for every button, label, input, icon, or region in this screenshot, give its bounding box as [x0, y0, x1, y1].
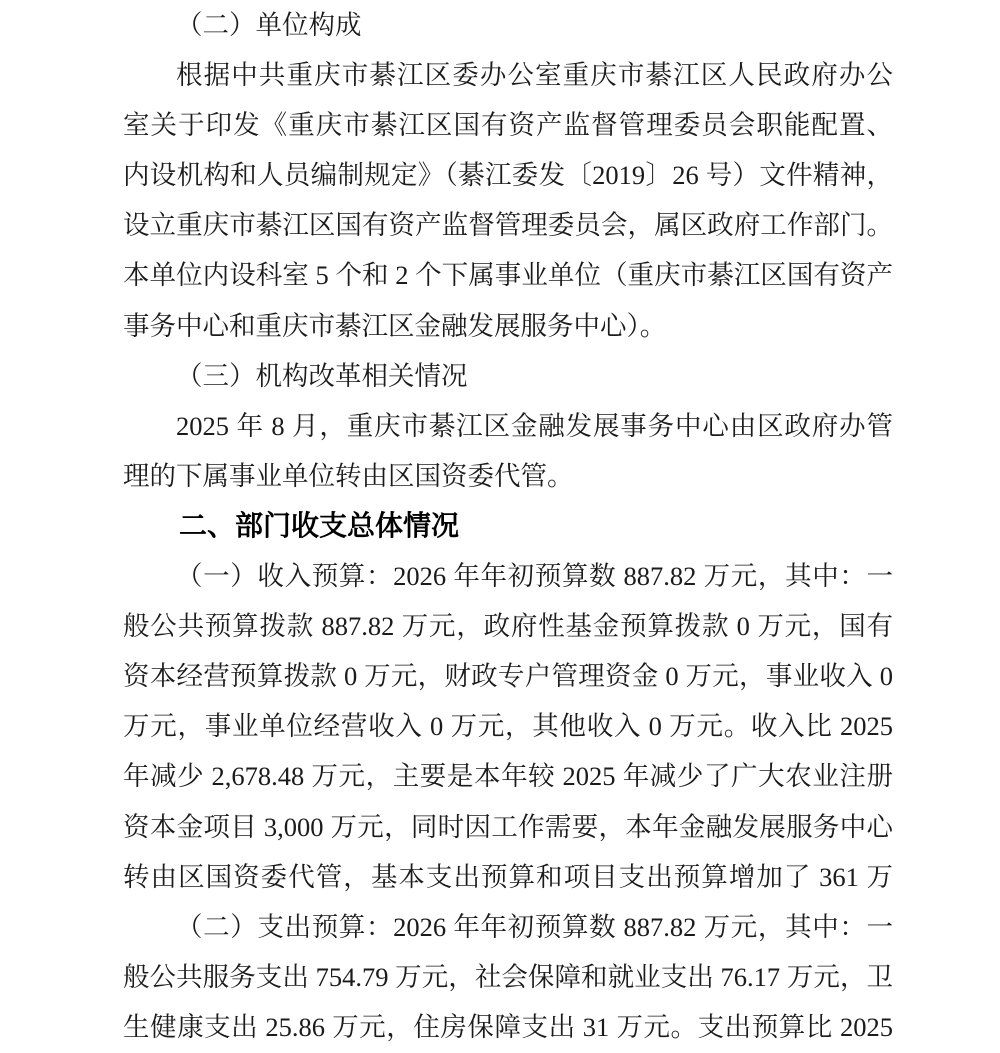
- body-line: 般公共预算拨款 887.82 万元，政府性基金预算拨款 0 万元，国有: [123, 601, 893, 651]
- body-line: （一）收入预算：2026 年年初预算数 887.82 万元，其中：一: [123, 551, 893, 601]
- body-line: 万元，事业单位经营收入 0 万元，其他收入 0 万元。收入比 2025: [123, 701, 893, 751]
- document-page: （二）单位构成 根据中共重庆市綦江区委办公室重庆市綦江区人民政府办公 室关于印发…: [0, 0, 1000, 1053]
- body-line: 资本金项目 3,000 万元，同时因工作需要，本年金融发展服务中心: [123, 802, 893, 852]
- body-line: 生健康支出 25.86 万元，住房保障支出 31 万元。支出预算比 2025: [123, 1002, 893, 1052]
- body-line: 年减少 2,678.48 万元，主要是本年较 2025 年减少了广大农业注册: [123, 751, 893, 801]
- body-line: 资本经营预算拨款 0 万元，财政专户管理资金 0 万元，事业收入 0: [123, 651, 893, 701]
- body-line: 事务中心和重庆市綦江区金融发展服务中心）。: [123, 301, 893, 351]
- body-line: 转由区国资委代管，基本支出预算和项目支出预算增加了 361 万元。: [123, 852, 893, 902]
- body-line: 设立重庆市綦江区国有资产监督管理委员会，属区政府工作部门。: [123, 200, 893, 250]
- body-line: 本单位内设科室 5 个和 2 个下属事业单位（重庆市綦江区国有资产: [123, 250, 893, 300]
- body-line: （二）支出预算：2026 年年初预算数 887.82 万元，其中：一: [123, 902, 893, 952]
- subheading-reform-status: （三）机构改革相关情况: [123, 351, 893, 401]
- subheading-unit-composition: （二）单位构成: [123, 0, 893, 50]
- body-line: 内设机构和人员编制规定》（綦江委发〔2019〕26 号）文件精神，: [123, 150, 893, 200]
- document-body: （二）单位构成 根据中共重庆市綦江区委办公室重庆市綦江区人民政府办公 室关于印发…: [123, 0, 893, 1052]
- heading-budget-overview: 二、部门收支总体情况: [123, 501, 893, 551]
- body-line: 室关于印发《重庆市綦江区国有资产监督管理委员会职能配置、: [123, 100, 893, 150]
- body-line: 理的下属事业单位转由区国资委代管。: [123, 451, 893, 501]
- body-line: 般公共服务支出 754.79 万元，社会保障和就业支出 76.17 万元，卫: [123, 952, 893, 1002]
- body-line: 根据中共重庆市綦江区委办公室重庆市綦江区人民政府办公: [123, 50, 893, 100]
- body-line: 2025 年 8 月，重庆市綦江区金融发展事务中心由区政府办管: [123, 401, 893, 451]
